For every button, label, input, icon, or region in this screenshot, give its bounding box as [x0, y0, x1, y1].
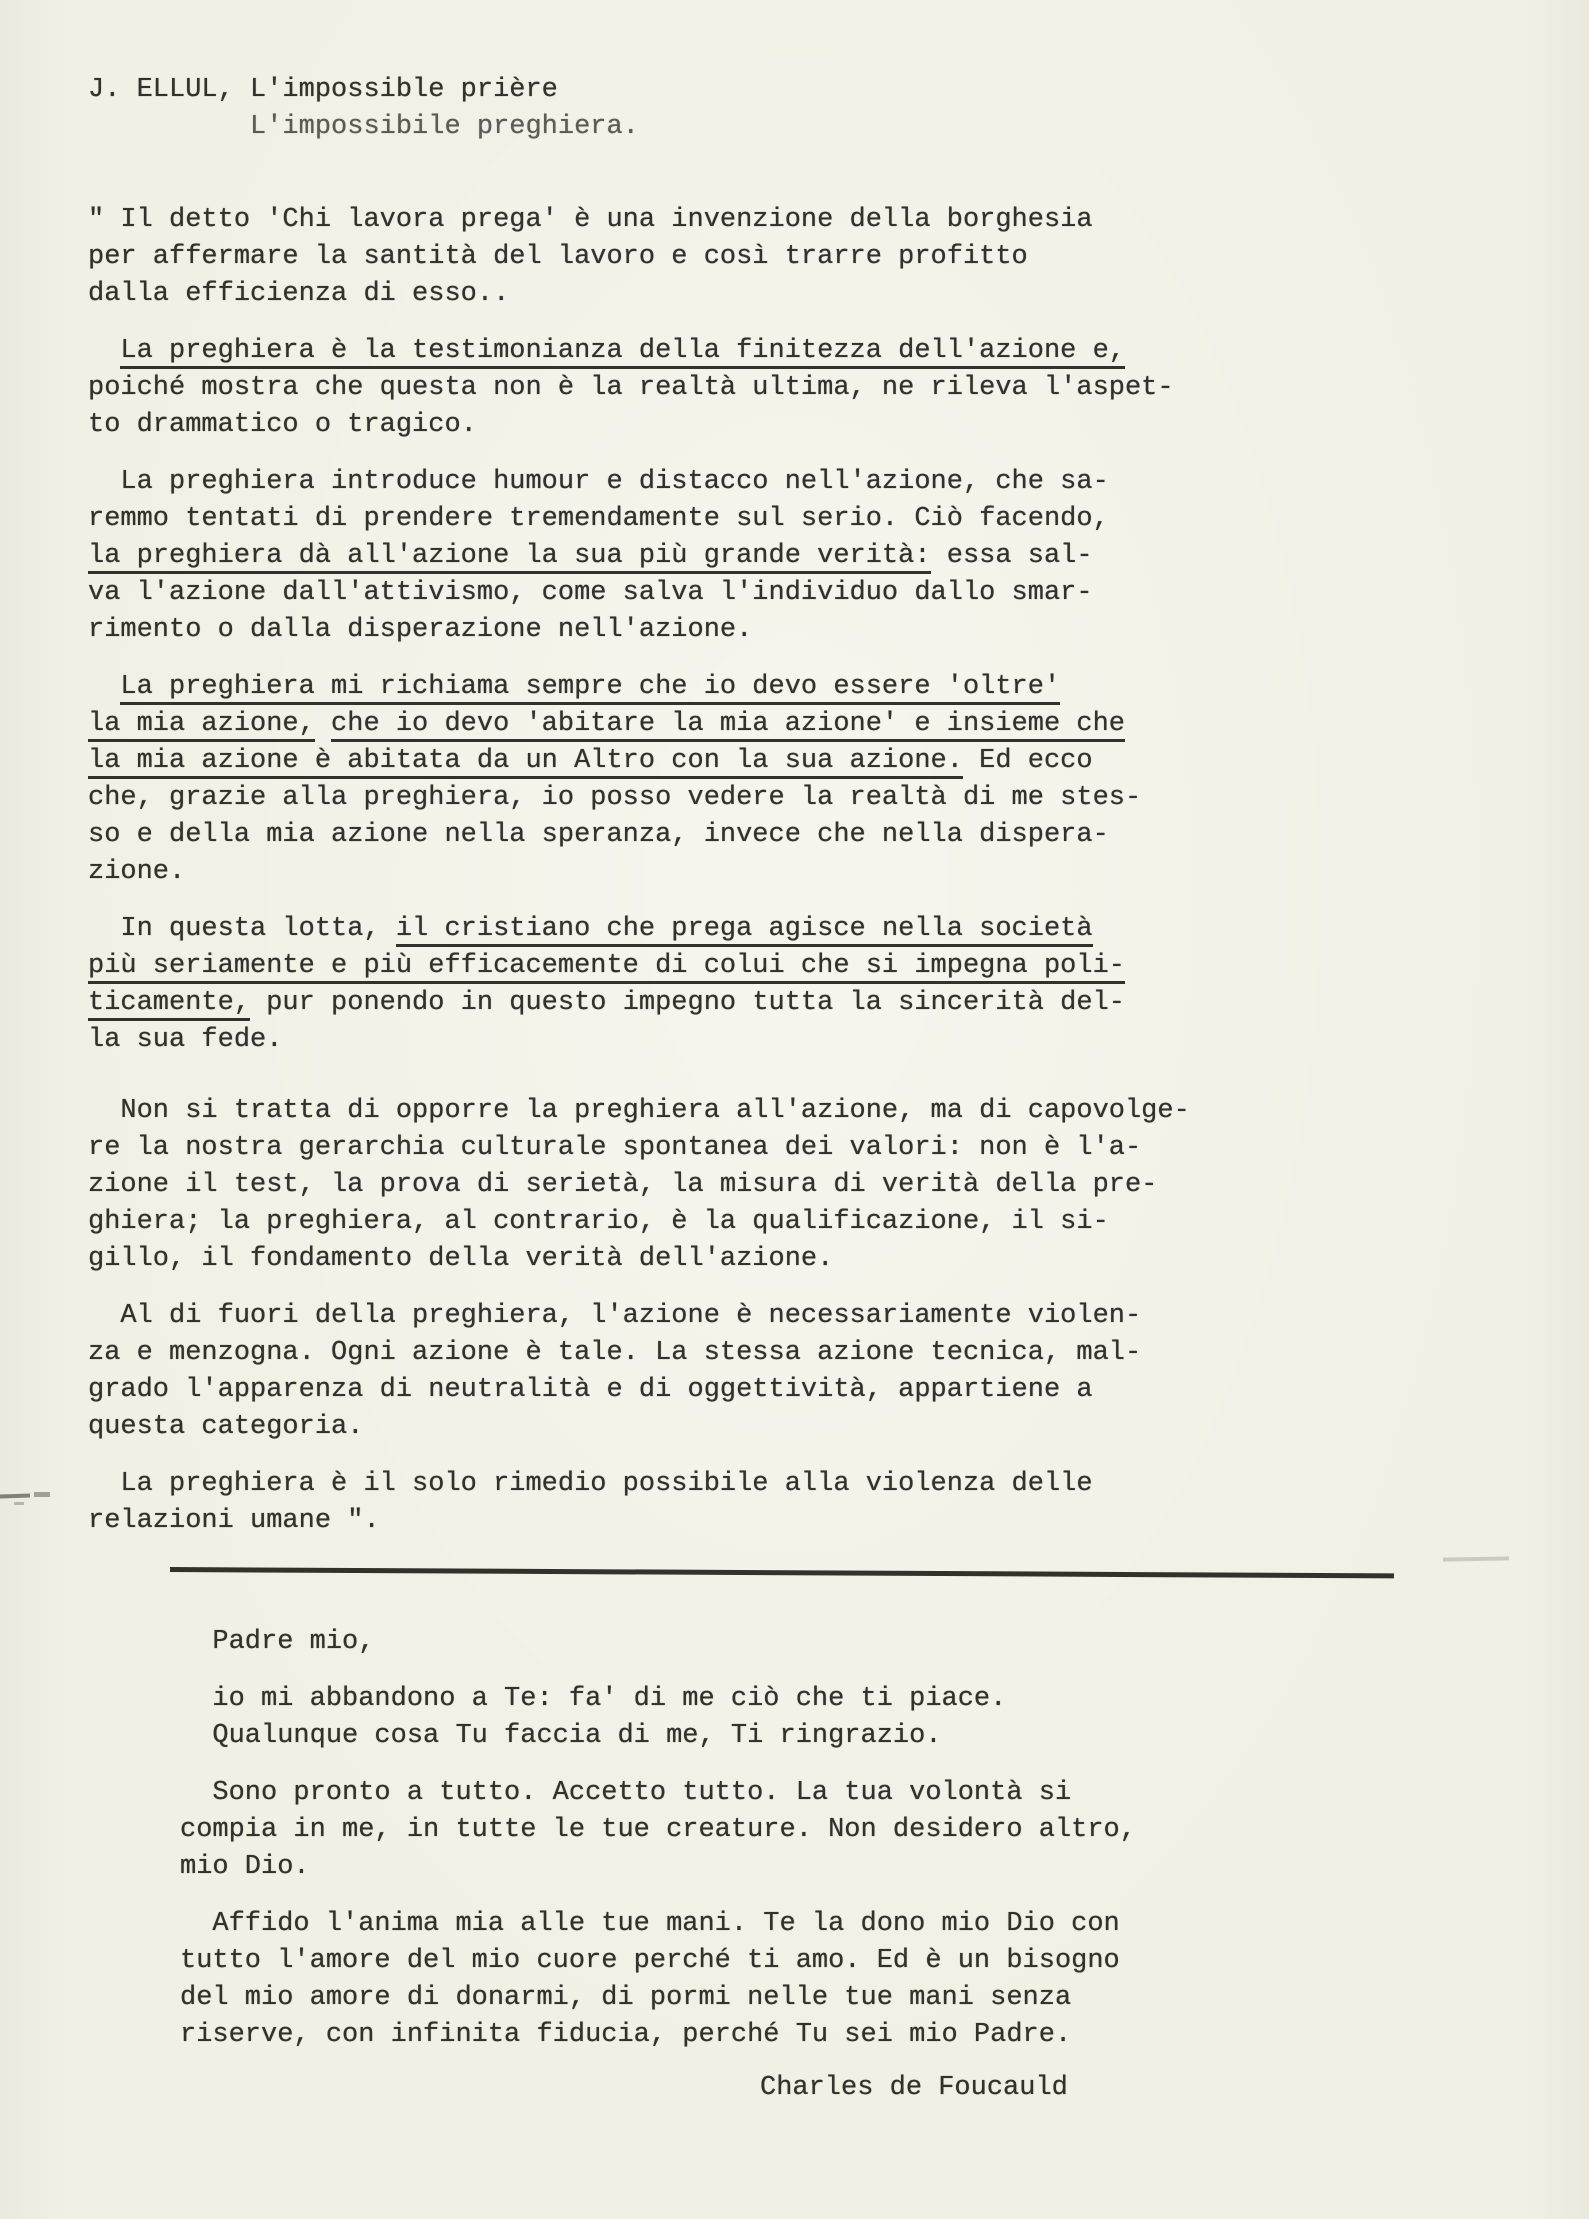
- document-page: J. ELLUL, L'impossible prière L'impossib…: [0, 0, 1589, 2219]
- text-line: remmo tentati di prendere tremendamente …: [88, 501, 1589, 538]
- faint-rule-mark: [1443, 1556, 1509, 1561]
- signature: Charles de Foucauld: [760, 2070, 1589, 2107]
- text-line: la mia azione è abitata da un Altro con …: [88, 743, 1589, 780]
- text-line: La preghiera è la testimonianza della fi…: [88, 333, 1589, 370]
- edge-smudge-mark: [0, 1492, 70, 1508]
- text-line: zione.: [88, 854, 1589, 891]
- text-line: ticamente, pur ponendo in questo impegno…: [88, 985, 1589, 1022]
- text-line: La preghiera è il solo rimedio possibile…: [88, 1466, 1589, 1503]
- text-line: poiché mostra che questa non è la realtà…: [88, 370, 1589, 407]
- text-line: " Il detto 'Chi lavora prega' è una inve…: [88, 202, 1589, 239]
- text-line: del mio amore di donarmi, di pormi nelle…: [180, 1980, 1589, 2017]
- text-line: Qualunque cosa Tu faccia di me, Ti ringr…: [180, 1718, 1589, 1755]
- text-line: la mia azione, che io devo 'abitare la m…: [88, 706, 1589, 743]
- section-divider: [170, 1567, 1394, 1578]
- text-line: La preghiera mi richiama sempre che io d…: [88, 669, 1589, 706]
- quote-paragraph: " Il detto 'Chi lavora prega' è una inve…: [88, 202, 1589, 313]
- text-line: la preghiera dà all'azione la sua più gr…: [88, 538, 1589, 575]
- text-line: io mi abbandono a Te: fa' di me ciò che …: [180, 1681, 1589, 1718]
- quote-paragraph: Al di fuori della preghiera, l'azione è …: [88, 1298, 1589, 1446]
- text-line: Non si tratta di opporre la preghiera al…: [88, 1093, 1589, 1130]
- document-header: J. ELLUL, L'impossible prière L'impossib…: [88, 0, 1589, 146]
- quote-paragraph: Non si tratta di opporre la preghiera al…: [88, 1093, 1589, 1278]
- text-line: rimento o dalla disperazione nell'azione…: [88, 612, 1589, 649]
- quote-paragraph: La preghiera introduce humour e distacco…: [88, 464, 1589, 649]
- text-line: zione il test, la prova di serietà, la m…: [88, 1167, 1589, 1204]
- text-line: Sono pronto a tutto. Accetto tutto. La t…: [180, 1775, 1589, 1812]
- text-line: dalla efficienza di esso..: [88, 276, 1589, 313]
- quote-paragraph: In questa lotta, il cristiano che prega …: [88, 911, 1589, 1059]
- text-line: tutto l'amore del mio cuore perché ti am…: [180, 1943, 1589, 1980]
- header-author-title: J. ELLUL, L'impossible prière: [88, 72, 1589, 109]
- prayer-stanza: Sono pronto a tutto. Accetto tutto. La t…: [180, 1775, 1589, 1886]
- text-line: grado l'apparenza di neutralità e di ogg…: [88, 1372, 1589, 1409]
- text-line: In questa lotta, il cristiano che prega …: [88, 911, 1589, 948]
- text-line: gillo, il fondamento della verità dell'a…: [88, 1241, 1589, 1278]
- quote-paragraph: La preghiera è il solo rimedio possibile…: [88, 1466, 1589, 1540]
- text-line: compia in me, in tutte le tue creature. …: [180, 1812, 1589, 1849]
- text-line: relazioni umane ".: [88, 1503, 1589, 1540]
- prayer-stanza: io mi abbandono a Te: fa' di me ciò che …: [180, 1681, 1589, 1755]
- text-line: ghiera; la preghiera, al contrario, è la…: [88, 1204, 1589, 1241]
- text-line: Padre mio,: [180, 1624, 1589, 1661]
- text-line: per affermare la santità del lavoro e co…: [88, 239, 1589, 276]
- text-line: za e menzogna. Ogni azione è tale. La st…: [88, 1335, 1589, 1372]
- prayer-section: Padre mio, io mi abbandono a Te: fa' di …: [180, 1624, 1589, 2107]
- prayer-stanza: Affido l'anima mia alle tue mani. Te la …: [180, 1906, 1589, 2054]
- quote-paragraph: La preghiera è la testimonianza della fi…: [88, 333, 1589, 444]
- text-line: La preghiera introduce humour e distacco…: [88, 464, 1589, 501]
- text-line: Al di fuori della preghiera, l'azione è …: [88, 1298, 1589, 1335]
- quote-paragraph: La preghiera mi richiama sempre che io d…: [88, 669, 1589, 891]
- text-line: Affido l'anima mia alle tue mani. Te la …: [180, 1906, 1589, 1943]
- text-line: riserve, con infinita fiducia, perché Tu…: [180, 2017, 1589, 2054]
- text-line: questa categoria.: [88, 1409, 1589, 1446]
- text-line: che, grazie alla preghiera, io posso ved…: [88, 780, 1589, 817]
- text-line: la sua fede.: [88, 1022, 1589, 1059]
- text-line: più seriamente e più efficacemente di co…: [88, 948, 1589, 985]
- prayer-stanzas: Padre mio, io mi abbandono a Te: fa' di …: [180, 1624, 1589, 2054]
- text-line: re la nostra gerarchia culturale spontan…: [88, 1130, 1589, 1167]
- header-translated-title: L'impossibile preghiera.: [88, 109, 1589, 146]
- text-line: so e della mia azione nella speranza, in…: [88, 817, 1589, 854]
- text-line: va l'azione dall'attivismo, come salva l…: [88, 575, 1589, 612]
- quote-paragraphs: " Il detto 'Chi lavora prega' è una inve…: [88, 202, 1589, 1540]
- text-line: to drammatico o tragico.: [88, 407, 1589, 444]
- text-line: mio Dio.: [180, 1849, 1589, 1886]
- prayer-stanza: Padre mio,: [180, 1624, 1589, 1661]
